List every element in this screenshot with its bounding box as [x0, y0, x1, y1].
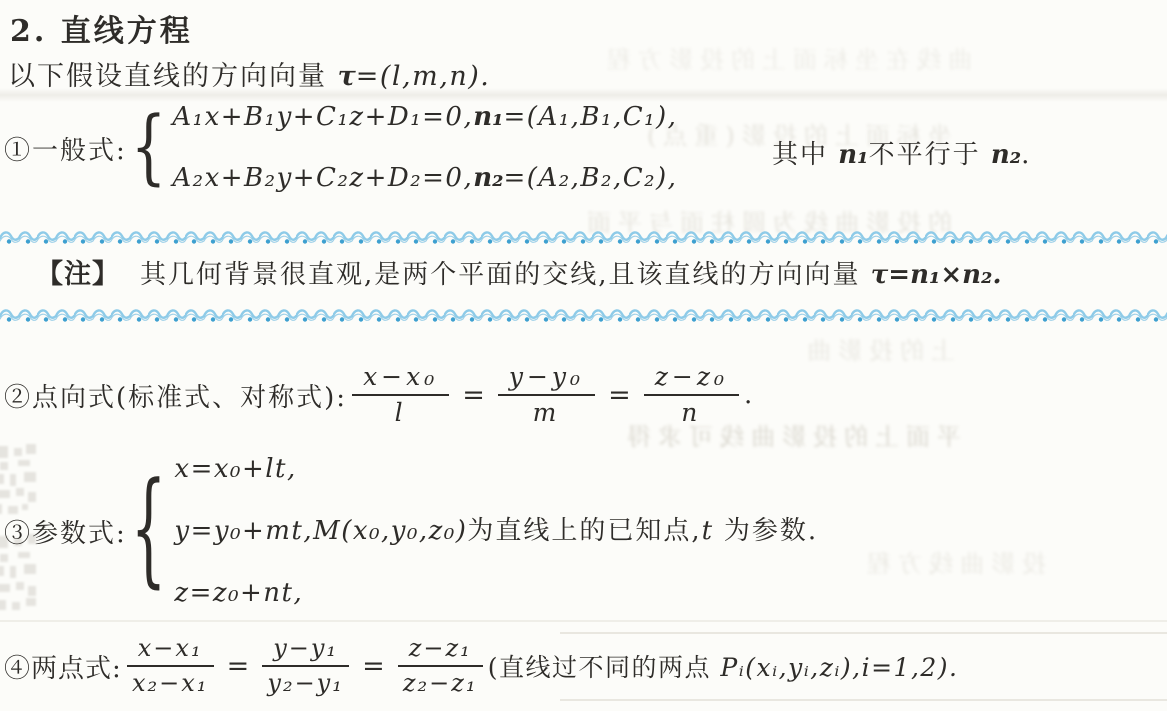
print-through-rule	[0, 620, 1167, 622]
parametric-y: y=y₀+mt,M(x₀,y₀,z₀)为直线上的已知点,t 为参数.	[174, 516, 818, 547]
parametric-equations: x=x₀+lt, y=y₀+mt,M(x₀,y₀,z₀)为直线上的已知点,t 为…	[174, 454, 818, 609]
fraction-numerator: y−y₀	[498, 364, 595, 396]
equation-2-lhs: A₂x+B₂y+C₂z+D₂=0,	[172, 163, 473, 193]
period: .	[744, 380, 752, 410]
plane-equation-1: A₁x+B₁y+C₁z+D₁=0,n₁=(A₁,B₁,C₁),	[172, 102, 677, 133]
fraction-denominator: n	[681, 396, 701, 426]
general-form-label: ①一般式:	[4, 130, 127, 167]
fraction-z: z−z₁ z₂−z₁	[398, 636, 483, 696]
print-through-artifact: 上的投影曲	[800, 331, 955, 366]
condition-math: Pᵢ(xᵢ,yᵢ,zᵢ),i=1,2).	[720, 653, 958, 682]
parametric-form-label: ③参数式:	[4, 513, 127, 550]
tau-vector: τ	[338, 61, 356, 92]
parametric-z: z=z₀+nt,	[174, 578, 818, 609]
parametric-form-block: ③参数式: { x=x₀+lt, y=y₀+mt,M(x₀,y₀,z₀)为直线上…	[4, 448, 818, 614]
left-brace: {	[131, 107, 167, 188]
wavy-divider-top	[0, 226, 1167, 250]
normal-vector-1-ref: n₁	[838, 140, 868, 170]
fraction-x: x−x₁ x₂−x₁	[127, 636, 214, 696]
fraction-numerator: y−y₁	[262, 636, 349, 667]
print-through-artifact: 曲线在坐标面上的投影方程	[600, 40, 972, 75]
fraction-y: y−y₁ y₂−y₁	[262, 636, 349, 696]
two-point-form-block: ④两点式: x−x₁ x₂−x₁ = y−y₁ y₂−y₁ = z−z₁ z₂−…	[4, 626, 959, 706]
print-through-artifact: 投影曲线方程	[860, 544, 1046, 579]
condition-text: 不平行于	[869, 140, 991, 170]
wavy-divider-bottom	[0, 304, 1167, 328]
fraction-denominator: z₂−z₁	[403, 667, 478, 696]
textbook-page: 曲线在坐标面上的投影方程 坐标面上的投影(重点) 的投影曲线为圆柱面与平面 上的…	[0, 0, 1167, 711]
period: .	[1021, 140, 1029, 170]
condition-text: 其中	[772, 140, 838, 170]
plane-equation-2: A₂x+B₂y+C₂z+D₂=0,n₂=(A₂,B₂,C₂),	[172, 163, 677, 194]
equation-1-lhs: A₁x+B₁y+C₁z+D₁=0,	[172, 102, 473, 132]
fraction-numerator: x−x₀	[352, 364, 449, 396]
section-heading: 2. 直线方程	[10, 6, 193, 50]
note-text: 其几何背景很直观,是两个平面的交线,且该直线的方向向量	[140, 260, 871, 290]
general-form-equations: A₁x+B₁y+C₁z+D₁=0,n₁=(A₁,B₁,C₁), A₂x+B₂y+…	[172, 102, 677, 194]
two-point-condition: (直线过不同的两点 Pᵢ(xᵢ,yᵢ,zᵢ),i=1,2).	[488, 648, 959, 684]
normal-vector-2: n₂	[473, 163, 503, 193]
general-form-block: ①一般式: { A₁x+B₁y+C₁z+D₁=0,n₁=(A₁,B₁,C₁), …	[4, 96, 677, 200]
intro-math: =(l,m,n).	[356, 61, 491, 92]
equals-sign: =	[362, 651, 385, 682]
left-brace: {	[131, 469, 167, 592]
fraction-numerator: z−z₀	[644, 364, 739, 396]
intro-line: 以下假设直线的方向向量 τ=(l,m,n).	[8, 54, 490, 93]
fraction-denominator: l	[395, 396, 407, 426]
parametric-x: x=x₀+lt,	[174, 454, 818, 485]
parameter-t: t	[702, 516, 714, 546]
two-point-form-label: ④两点式:	[4, 648, 122, 685]
fraction-numerator: z−z₁	[398, 636, 483, 667]
parametric-y-math: y=y₀+mt,M(x₀,y₀,z₀)	[174, 516, 467, 546]
fraction-denominator: m	[533, 396, 561, 426]
note-math: τ=n₁×n₂.	[871, 260, 1002, 290]
parameter-text: 为参数.	[714, 516, 819, 546]
condition-text: (直线过不同的两点	[488, 653, 721, 682]
normal-vector-1: n₁	[473, 102, 503, 132]
fraction-y: y−y₀ m	[498, 364, 595, 427]
point-direction-label: ②点向式(标准式、对称式):	[4, 377, 347, 414]
equals-sign: =	[227, 651, 250, 682]
normal-components-1: =(A₁,B₁,C₁),	[504, 102, 678, 132]
note-body: 其几何背景很直观,是两个平面的交线,且该直线的方向向量 τ=n₁×n₂.	[140, 254, 1002, 291]
fraction-x: x−x₀ l	[352, 364, 449, 427]
known-point-text: 为直线上的已知点,	[467, 516, 701, 546]
normal-components-2: =(A₂,B₂,C₂),	[504, 163, 678, 193]
normal-vector-2-ref: n₂	[991, 140, 1021, 170]
general-form-condition: 其中 n₁不平行于 n₂.	[772, 134, 1029, 171]
fraction-numerator: x−x₁	[127, 636, 214, 667]
note-tag: 【注】	[36, 252, 120, 291]
intro-text: 以下假设直线的方向向量	[8, 61, 338, 92]
fraction-denominator: y₂−y₁	[267, 667, 343, 696]
point-direction-form-block: ②点向式(标准式、对称式): x−x₀ l = y−y₀ m = z−z₀ n …	[4, 350, 752, 440]
fraction-denominator: x₂−x₁	[132, 667, 208, 696]
equals-sign: =	[608, 380, 631, 411]
note-block: 【注】 其几何背景很直观,是两个平面的交线,且该直线的方向向量 τ=n₁×n₂.	[36, 252, 1002, 291]
fraction-z: z−z₀ n	[644, 364, 739, 427]
equals-sign: =	[462, 380, 485, 411]
